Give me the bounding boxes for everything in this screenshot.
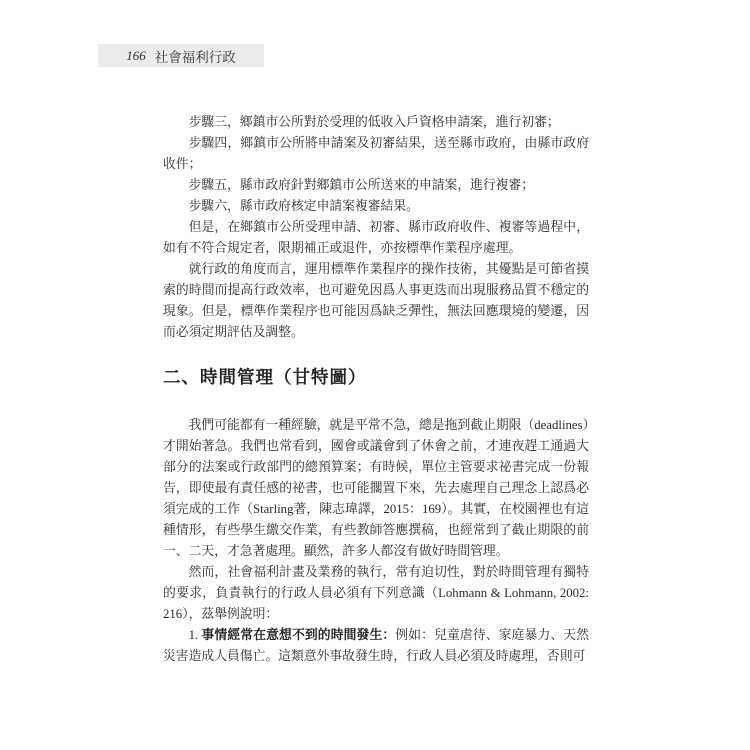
page-body: 步驟三，鄉鎮市公所對於受理的低收入戶資格申請案，進行初審； 步驟四，鄉鎮市公所將… bbox=[163, 112, 589, 667]
list-item-bold-lead: 事情經常在意想不到的時間發生： bbox=[202, 628, 396, 642]
list-item-number: 1. bbox=[189, 628, 202, 642]
running-title: 社會福利行政 bbox=[155, 46, 236, 66]
numbered-list-item-1: 1. 事情經常在意想不到的時間發生：例如：兒童虐待、家庭暴力、天然災害造成人員傷… bbox=[163, 625, 589, 667]
body-paragraph-deadlines: 我們可能都有一種經驗，就是平常不急，總是拖到截止期限（deadlines）才開始… bbox=[163, 415, 589, 562]
page-number: 166 bbox=[126, 48, 146, 64]
running-head: 166 社會福利行政 bbox=[98, 44, 264, 67]
body-paragraph-exceptions: 但是，在鄉鎮市公所受理申請、初審、縣市政府收件、複審等過程中，如有不符合規定者，… bbox=[163, 217, 589, 259]
body-paragraph-step-6: 步驟六，縣市政府核定申請案複審結果。 bbox=[163, 196, 589, 217]
book-page: 166 社會福利行政 步驟三，鄉鎮市公所對於受理的低收入戶資格申請案，進行初審；… bbox=[0, 0, 750, 750]
body-paragraph-step-5: 步驟五，縣市政府針對鄉鎮市公所送來的申請案，進行複審； bbox=[163, 175, 589, 196]
body-paragraph-step-4: 步驟四，鄉鎮市公所將申請案及初審結果，送至縣市政府，由縣市政府收件； bbox=[163, 133, 589, 175]
body-paragraph-sop-evaluation: 就行政的角度而言，運用標準作業程序的操作技術，其優點是可節省摸索的時間而提高行政… bbox=[163, 259, 589, 343]
section-heading-time-management: 二、時間管理（甘特圖） bbox=[163, 365, 589, 389]
body-paragraph-step-3: 步驟三，鄉鎮市公所對於受理的低收入戶資格申請案，進行初審； bbox=[163, 112, 589, 133]
body-paragraph-urgency: 然而，社會福利計畫及業務的執行，常有迫切性，對於時間管理有獨特的要求，負責執行的… bbox=[163, 562, 589, 625]
